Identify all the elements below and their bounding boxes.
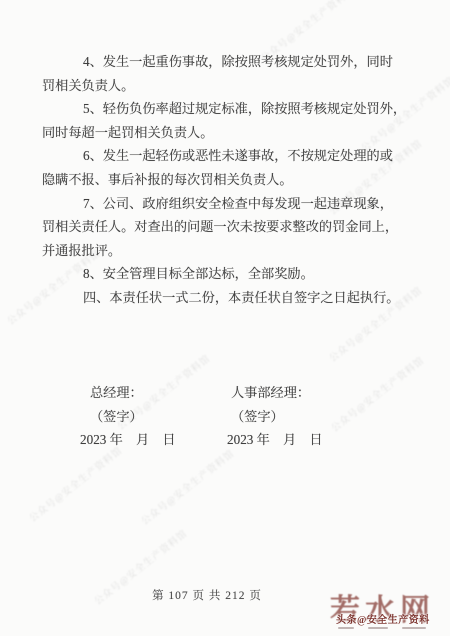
signature-block-general-manager: 总经理： （签字） 2023 年 月 日 [80,381,176,452]
signature-placeholder: （签字） [231,405,323,429]
watermark: 公众号@安全生产资料馆 [26,443,125,525]
document-line: 四、本责任状一式二份，本责任状自签字之日起执行。 [42,286,412,310]
signature-date: 2023 年 月 日 [80,428,176,452]
site-logo-underline-dashes [338,627,443,629]
document-line: 同时每超一起罚相关负责人。 [42,121,412,145]
document-line: 6、发生一起轻伤或恶性未遂事故，不按规定处理的或 [42,144,412,168]
document-line: 4、发生一起重伤事故，除按照考核规定处罚外，同时 [42,50,412,74]
signer-title: 总经理： [90,381,176,405]
document-line: 并通报批评。 [42,239,412,263]
watermark: 公众号@安全生产资料馆 [328,353,427,435]
document-line: 隐瞒不报、事后补报的每次罚相关负责人。 [42,168,412,192]
document-page: 公众号@安全生产资料馆 公众号@安全生产资料馆 公众号@安全生产资料馆 公众号@… [0,0,450,636]
signer-title: 人事部经理： [231,381,323,405]
signature-block-hr-manager: 人事部经理： （签字） 2023 年 月 日 [227,381,323,452]
document-line: 5、轻伤负伤率超过规定标准，除按照考核规定处罚外， [42,97,412,121]
site-logo-overlay-text: 头条@安全生产资料 [336,611,430,626]
site-logo: 若水网 头条@安全生产资料 [330,596,448,632]
watermark: 公众号@安全生产资料馆 [138,446,237,528]
signature-placeholder: （签字） [90,405,176,429]
document-line: 7、公司、政府组织安全检查中每发现一起违章现象， [42,192,412,216]
signature-date: 2023 年 月 日 [227,428,323,452]
body-text: 4、发生一起重伤事故，除按照考核规定处罚外，同时 罚相关负责人。 5、轻伤负伤率… [42,50,412,310]
document-line: 罚相关责任人。对查出的问题一次未按要求整改的罚金同上， [42,215,412,239]
document-line: 8、安全管理目标全部达标，全部奖励。 [42,262,412,286]
document-line: 罚相关负责人。 [42,74,412,98]
